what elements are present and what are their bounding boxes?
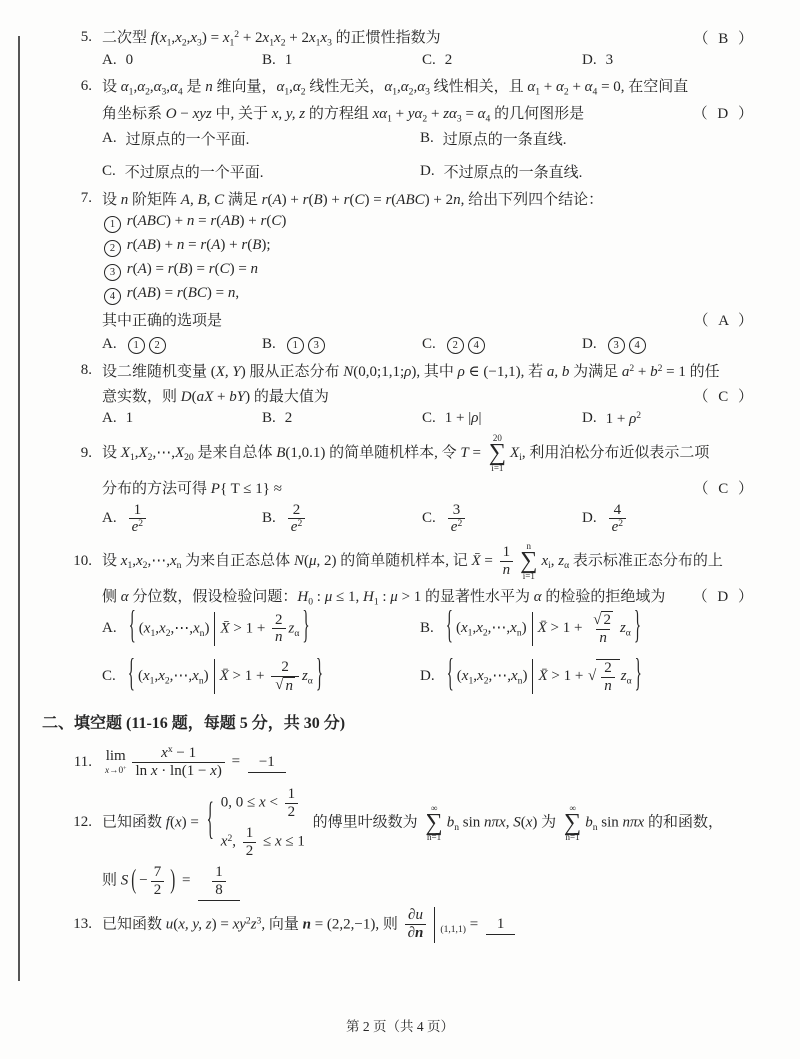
numerator: 2 [601,660,615,677]
option-B: B.2 [262,410,422,428]
math-var: X̄ [538,668,547,684]
question-text: 1 r(ABC) + n = r(AB) + r(C) [102,213,286,233]
numerator: 7 [151,864,165,881]
math-var: x [210,763,217,779]
big-delimiter: ( [131,868,136,895]
answer-badge: （ A ） [693,309,760,330]
answer-blank: 18 [198,864,240,901]
fraction: 4e2 [609,502,626,537]
circled-number: 1 [287,337,304,354]
text-run: ) = [188,261,209,277]
text-run: ) = [230,261,251,277]
math-var: X̄ [220,620,229,636]
options-grid: A.0B.1C.2D.3 [102,52,760,69]
option-A: A.1e2 [102,502,262,537]
sum-operator: n∑i=1 [520,542,537,581]
math-bold-var: n [415,925,423,941]
text-run: 已知函数 [102,916,166,932]
option-label: D. [420,668,435,685]
text-run: ) + [323,192,344,208]
option-content: {(x1,x2,⋯,xn)X̄ > 1 + 2nzα} [126,612,313,647]
text-run: + [569,79,585,95]
circled-number: 4 [629,337,646,354]
math-var: a, b [547,364,570,380]
math-var: α [417,79,425,95]
text-run: sin [598,814,623,830]
math-var: B [313,192,322,208]
sum-operator: 20∑i=1 [489,434,506,473]
math-var: ABC [138,213,166,229]
radical-glyph: √ [593,613,601,628]
text-run: ) [522,620,527,636]
text-run: > 1 + [229,668,268,684]
answer-blank: −1 [248,754,286,773]
answer-badge: （ B ） [693,27,760,48]
math-var: A, B, C [181,192,224,208]
sigma-glyph: ∑ [425,813,442,834]
text-run: ) [204,620,209,636]
math-var: x, y, z [272,106,305,122]
question-12: 12.已知函数 f(x) = {0, 0 ≤ x < 12x2, 12 ≤ x … [60,786,760,901]
math-var: x [143,668,150,684]
fraction: √2n [589,611,617,647]
numerator: 4 [611,502,625,519]
option-C: C.{(x1,x2,⋯,xn)X̄ > 1 + 2√nzα} [102,659,420,695]
text-run: ,⋯, [152,445,175,461]
numerator: 2 [290,502,304,519]
question-line: 则 S(−72) = 18 [60,864,760,901]
question-line: 2 r(AB) + n = r(A) + r(B); [60,237,760,257]
option-label: D. [582,336,597,353]
superscript: + [123,766,126,772]
text-run: 过原点的一个平面. [126,132,250,148]
option-label: A. [102,130,117,147]
text-run: < [266,795,282,811]
sum-operator: ∞∑n=1 [425,804,442,843]
option-label: A. [102,510,117,527]
text-run: 1 + | [445,410,471,426]
text-run: 则 [102,873,121,889]
text-run: 0, 0 ≤ [221,795,259,811]
text-run: + [540,79,556,95]
sigma-glyph: ∑ [489,443,506,464]
question-text: 已知函数 u(x, y, z) = xy2z3, 向量 n = (2,2,−1)… [102,907,515,943]
text-run: ) [204,668,209,684]
math-var: x [192,668,199,684]
text-run: 0 [126,52,134,68]
page-footer: 第 2 页（共 4 页） [0,1015,800,1035]
fraction: 12 [285,786,299,821]
question-text: 2 r(AB) + n = r(A) + r(B); [102,237,271,257]
question-13: 13.已知函数 u(x, y, z) = xy2z3, 向量 n = (2,2,… [60,907,760,943]
text-run: 分布的方法可得 [102,481,211,497]
numerator: 3 [450,502,464,519]
circled-number: 1 [128,337,145,354]
question-text: 设二维随机变量 (X, Y) 服从正态分布 N(0,0;1,1;ρ), 其中 ρ… [102,360,720,381]
vertical-bar [532,659,533,694]
numerator: xx − 1 [158,745,199,762]
math-var: α [556,79,564,95]
text-run: 2 [275,612,283,628]
text-run: ), 其中 [411,364,457,380]
text-run: + 2 [239,30,262,46]
cases-row: x2, 12 ≤ x ≤ 1 [221,825,305,860]
question-first-line: 13.已知函数 u(x, y, z) = xy2z3, 向量 n = (2,2,… [60,907,760,943]
question-number: 8. [60,362,92,379]
text-run: 1 [497,916,505,932]
text-run: , 给出下列四个结论： [461,192,604,208]
text-run: 意实数，则 [102,389,181,405]
radical-glyph: √ [588,669,596,684]
numerator: 1 [131,502,145,519]
cases-rows: 0, 0 ≤ x < 12x2, 12 ≤ x ≤ 1 [221,786,305,860]
math-var: x [476,620,483,636]
option-content: 1 + |ρ| [445,410,482,427]
math-var: ∂u [408,907,423,923]
math-var: B [252,237,261,253]
option-label: D. [420,163,435,180]
text-run: 阶矩阵 [128,192,181,208]
math-var: ∂ [408,925,415,941]
text-run: (0,0;1,1; [353,364,404,380]
text-run: 不过原点的一个平面. [125,165,264,181]
option-C: C.2 [422,52,582,69]
vertical-bar [214,612,215,647]
question-9: 9.设 X1,X2,⋯,X20 是来自总体 B(1,0.1) 的简单随机样本, … [60,434,760,536]
numerator: 1 [212,864,226,881]
text-run: , 向量 [261,916,302,932]
scan-edge-line [18,36,20,981]
limit-lower: x→0+ [105,766,126,777]
text-run: 的傅里叶级数为 [309,814,422,830]
math-var: x [136,553,143,569]
circled-number: 1 [104,216,121,233]
math-var: X [175,445,184,461]
question-text: 二次型 f(x1,x2,x3) = x12 + 2x1x2 + 2x1x3 的正… [102,26,441,48]
option-label: C. [102,668,116,685]
question-text: 设 n 阶矩阵 A, B, C 满足 r(A) + r(B) + r(C) = … [102,188,603,209]
fraction: 2n [272,612,286,647]
denominator: 2 [285,803,299,821]
text-run: sin [459,814,484,830]
math-var: AB [221,213,239,229]
option-content: 1 [126,410,134,427]
option-label: A. [102,410,117,427]
text-run: > 1 + [547,620,586,636]
question-text: 设 α1,α2,α3,α4 是 n 维向量，α1,α2 线性无关，α1,α2,α… [102,75,688,97]
math-var: α [137,79,145,95]
option-A: A.12 [102,334,262,354]
math-var: A [138,261,147,277]
text-run: ≤ [259,834,275,850]
superscript: 2 [138,519,143,530]
option-B: B.13 [262,334,422,354]
text-run: →0 [109,766,123,776]
question-first-line: 12.已知函数 f(x) = {0, 0 ≤ x < 12x2, 12 ≤ x … [60,786,760,860]
text-run: ,⋯, [488,668,511,684]
question-text: 分布的方法可得 P{ T ≤ 1} ≈ [102,477,282,498]
math-var: x [170,553,177,569]
numerator: 1 [243,825,257,842]
question-10: 10.设 x1,x2,⋯,xn 为来自正态总体 N(μ, 2) 的简单随机样本,… [60,542,760,694]
question-first-line: 8.设二维随机变量 (X, Y) 服从正态分布 N(0,0;1,1;ρ), 其中… [60,360,760,381]
numerator: 2 [278,659,292,676]
numerator: ∂u [405,907,426,924]
text-run: ) 为 [532,814,560,830]
option-D: D.34 [582,334,760,354]
subscript: α [308,675,313,686]
text-run: 是来自总体 [194,445,277,461]
circled-number: 4 [468,337,485,354]
math-var: x [510,620,517,636]
text-run: > 1 的显著性水平为 [398,589,534,605]
text-run: 为满足 [569,364,622,380]
math-var: ABC [396,192,424,208]
text-run: 2 [154,882,162,898]
option-C: C.不过原点的一个平面. [102,161,420,182]
square-root: √2 [593,611,613,629]
text-run: 已知函数 [102,814,166,830]
text-run: ) = [212,916,233,932]
question-6: 6.设 α1,α2,α3,α4 是 n 维向量，α1,α2 线性无关，α1,α2… [60,75,760,182]
option-content: {(x1,x2,⋯,xn)X̄ > 1 + 2√nzα} [125,659,326,695]
section-header: 二、填空题 (11-16 题，每题 5 分，共 30 分) [42,710,760,733]
option-label: D. [582,510,597,527]
math-var: x, y, z [178,916,211,932]
text-run: ,⋯, [488,620,511,636]
option-B: B.{(x1,x2,⋯,xn)X̄ > 1 + √2nzα} [420,611,760,647]
option-D: D.4e2 [582,502,760,537]
math-var: x [461,620,468,636]
text-run: 设 [102,192,121,208]
subscript: α [626,628,631,639]
text-run: 3 [453,502,461,518]
question-number: 9. [60,445,92,462]
text-run: ) 的最大值为 [245,389,329,405]
text-run: 其中正确的选项是 [102,313,222,329]
subscript: (1,1,1) [440,923,466,934]
text-run: 满足 [224,192,262,208]
math-var: nπx [484,814,506,830]
math-var: x [159,620,166,636]
math-var: α [121,79,129,95]
question-8: 8.设二维随机变量 (X, Y) 服从正态分布 N(0,0;1,1;ρ), 其中… [60,360,760,428]
cases-brace: { [207,797,214,848]
numerator: 1 [285,786,299,803]
math-var: C [354,192,364,208]
options-grid: A.1e2B.2e2C.3e2D.4e2 [102,502,760,537]
text-run: : [379,589,391,605]
math-var: n [205,79,213,95]
text-run: 2 [445,52,453,68]
question-text: 角坐标系 O − xyz 中, 关于 x, y, z 的方程组 xα1 + yα… [102,102,584,124]
answer-badge: （ D ） [693,585,760,606]
option-C: C.3e2 [422,502,582,537]
text-run: 2 [293,502,301,518]
option-A: A.0 [102,52,262,69]
math-var: x [161,745,168,761]
circled-number: 2 [149,337,166,354]
numerator: 1 [500,544,514,561]
question-text: 侧 α 分位数，假设检验问题：H0 : μ ≤ 1, H1 : μ > 1 的显… [102,585,665,607]
options-grid: A.12B.13C.24D.34 [102,334,760,354]
radicand: 2 [601,611,613,629]
text-run: = [469,445,485,461]
text-run: = (2,2,−1), 则 [311,916,402,932]
text-run: 的检验的拒绝域为 [542,589,666,605]
circled-number: 2 [447,337,464,354]
option-B: B.2e2 [262,502,422,537]
math-var: x [274,30,281,46]
math-var: x [193,620,200,636]
math-var: x [477,668,484,684]
text-run: = [462,106,478,122]
fraction: ∂u∂n [405,907,427,942]
denominator: √n [271,676,299,695]
math-var: α [121,589,129,605]
text-run: ≤ 1, [332,589,363,605]
option-C: C.1 + |ρ| [422,410,582,428]
fraction: 1n [500,544,514,579]
options-grid: A.{(x1,x2,⋯,xn)X̄ > 1 + 2nzα}B.{(x1,x2,⋯… [102,611,760,694]
big-delimiter: ) [170,868,175,895]
text-run: ∈ (−1,1), 若 [465,364,547,380]
text-run: 角坐标系 [102,106,166,122]
text-run: 1 [215,864,223,880]
text-run: 2 [285,410,293,426]
text-run: 为来自正态总体 [181,553,294,569]
math-var: AB [138,285,156,301]
math-var: n [599,630,607,646]
limit-word: lim [106,749,126,765]
answer-badge: （ D ） [693,102,760,123]
text-run: · ln(1 − [158,763,211,779]
cases-row: 0, 0 ≤ x < 12 [221,786,305,821]
text-run: = 1 的任 [662,364,719,380]
text-run: ); [261,237,270,253]
text-run: = [184,237,200,253]
option-D: D.不过原点的一条直线. [420,161,760,182]
option-content: 过原点的一条直线. [443,128,567,149]
text-run: ) [281,213,286,229]
denominator: ∂n [405,924,427,942]
question-text: 意实数，则 D(aX + bY) 的最大值为 [102,385,329,406]
text-run: = [178,873,194,889]
text-run: 的几何图形是 [490,106,584,122]
text-run: 线性无关， [306,79,385,95]
math-var: B [179,261,188,277]
option-content: 24 [445,334,487,354]
text-run: −1 [259,754,275,770]
circled-number: 3 [308,337,325,354]
question-first-line: 7.设 n 阶矩阵 A, B, C 满足 r(A) + r(B) + r(C) … [60,188,760,209]
question-text: 设 x1,x2,⋯,xn 为来自正态总体 N(μ, 2) 的简单随机样本, 记 … [102,542,723,581]
math-var: N [343,364,353,380]
fraction: 3e2 [448,502,465,537]
option-content: 34 [606,334,648,354]
radicand: n [283,677,295,695]
denominator: 8 [212,881,226,899]
denominator: n [596,629,610,647]
option-D: D.1 + ρ2 [582,410,760,428]
text-run: 的和函数， [644,814,723,830]
math-var: O [166,106,177,122]
numerator: √2 [589,611,617,629]
math-var: BC [188,285,207,301]
options-grid: A.1B.2C.1 + |ρ|D.1 + ρ2 [102,410,760,428]
option-content: 3e2 [445,502,468,537]
fraction: 18 [212,864,226,899]
option-label: C. [422,52,436,69]
text-run: 1 [126,410,134,426]
text-run: ) + [166,213,187,229]
math-var: bY [229,389,245,405]
math-var: C [271,213,281,229]
option-B: B.1 [262,52,422,69]
exam-content: 5.二次型 f(x1,x2,x3) = x12 + 2x1x2 + 2x1x3 … [60,22,760,949]
big-delimiter: } [316,657,323,696]
radicand: 2n [596,659,620,695]
piecewise-cases: {0, 0 ≤ x < 12x2, 12 ≤ x ≤ 1 [207,786,305,860]
text-run: 的正惯性指数为 [332,30,441,46]
big-delimiter: { [446,609,453,648]
circled-number: 3 [608,337,625,354]
text-run: ) + [220,237,241,253]
fraction: 2n [601,660,615,695]
denominator: n [272,628,286,646]
question-line: 角坐标系 O − xyz 中, 关于 x, y, z 的方程组 xα1 + yα… [60,102,760,124]
question-line: 4 r(AB) = r(BC) = n, [60,285,760,305]
option-B: B.过原点的一条直线. [420,128,760,149]
text-run: + [634,364,650,380]
circled-number: 2 [104,240,121,257]
math-var: α [293,79,301,95]
text-run: 设二维随机变量 ( [102,364,216,380]
sum-lower: n=1 [566,833,580,842]
math-var: nπx [623,814,645,830]
square-root: √n [275,677,295,695]
option-label: B. [420,620,434,637]
option-label: C. [102,163,116,180]
text-run: − [139,873,147,889]
exam-page-scan: { "page": { "footer": "第 2 页（共 4 页）", "b… [0,0,800,1059]
math-var: x [158,668,165,684]
math-var: X̄ [471,553,480,569]
fraction: 12 [243,825,257,860]
text-run: ) = [156,285,177,301]
math-var: n [275,629,283,645]
text-run: 二次型 [102,30,151,46]
option-label: D. [582,410,597,427]
sum-lower: i=1 [523,572,535,581]
option-label: A. [102,620,117,637]
math-var: x [511,668,518,684]
option-label: C. [422,410,436,427]
option-C: C.24 [422,334,582,354]
denominator: 2 [243,842,257,860]
fraction: xx − 1ln x · ln(1 − x) [132,745,224,780]
text-run: − 1 [173,745,196,761]
text-run: ) = [207,285,228,301]
subscript: α [294,628,299,639]
question-text: limx→0+xx − 1ln x · ln(1 − x) = −1 [102,745,286,780]
option-label: C. [422,336,436,353]
question-number: 12. [60,814,92,831]
math-var: α [534,589,542,605]
text-run: 7 [154,864,162,880]
option-A: A.1 [102,410,262,428]
option-content: 3 [606,52,614,69]
